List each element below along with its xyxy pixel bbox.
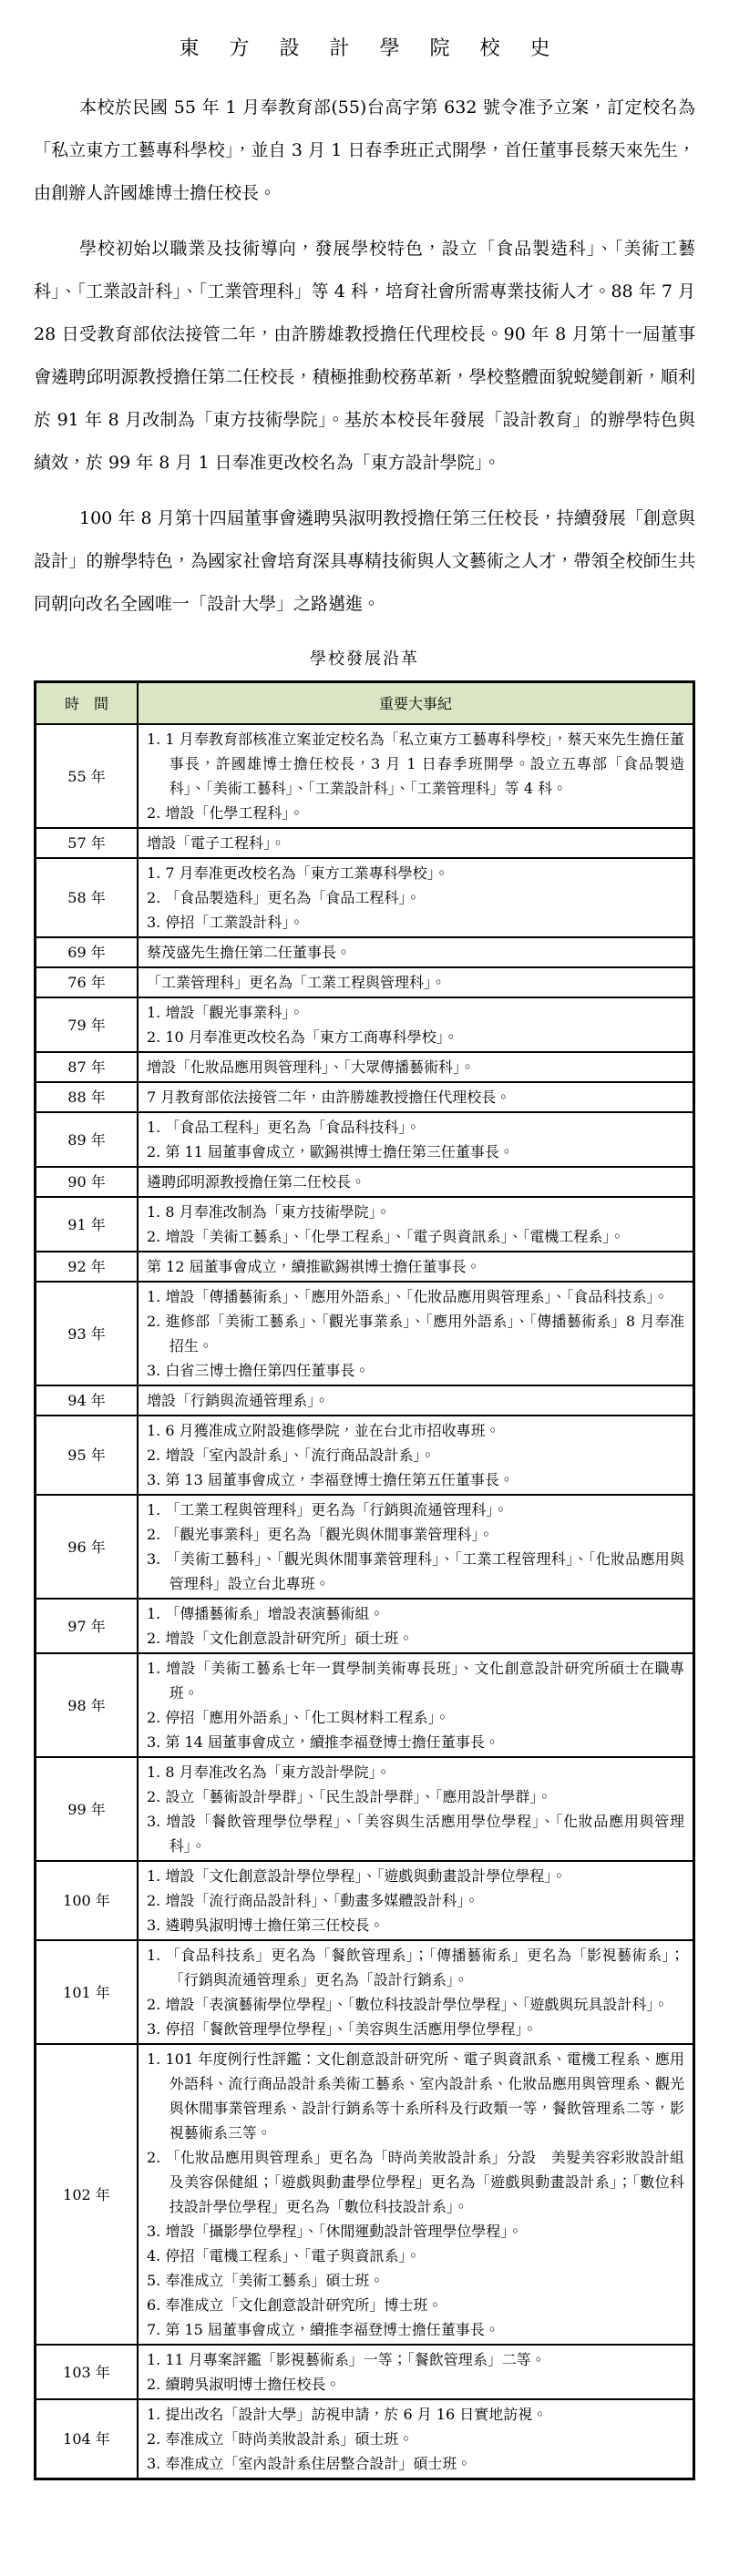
year-cell: 103 年: [36, 2345, 139, 2399]
history-table: 時 間 重要大事紀 55 年1. 1 月奉教育部核准立案並定校名為「私立東方工藝…: [34, 680, 695, 2480]
event-item: 1. 「傳播藝術系」增設表演藝術組。: [147, 1601, 684, 1626]
event-item: 1. 增設「傳播藝術系」、「應用外語系」、「化妝品應用與管理系」、「食品科技系」…: [147, 1284, 684, 1309]
table-row: 55 年1. 1 月奉教育部核准立案並定校名為「私立東方工藝專科學校」，蔡天來先…: [36, 724, 694, 828]
events-cell: 增設「行銷與流通管理系」。: [138, 1385, 694, 1416]
year-cell: 96 年: [36, 1495, 139, 1599]
event-item: 2. 續聘吳淑明博士擔任校長。: [147, 2372, 684, 2397]
event-item: 3. 停招「餐飲管理學位學程」、「美容與生活應用學位學程」。: [147, 2017, 684, 2041]
year-cell: 102 年: [36, 2044, 139, 2345]
event-item: 3. 白省三博士擔任第四任董事長。: [147, 1358, 684, 1383]
events-cell: 1. 提出改名「設計大學」訪視申請，於 6 月 16 日實地訪視。2. 奉准成立…: [138, 2399, 694, 2479]
event-item: 1. 7 月奉准更改校名為「東方工業專科學校」。: [147, 861, 684, 885]
page-title: 東 方 設 計 學 院 校 史: [34, 33, 695, 61]
table-row: 91 年1. 8 月奉准改制為「東方技術學院」。2. 增設「美術工藝系」、「化學…: [36, 1197, 694, 1252]
events-cell: 1. 11 月專案評鑑「影視藝術系」一等；「餐飲管理系」二等。2. 續聘吳淑明博…: [138, 2345, 694, 2399]
event-item: 1. 1 月奉教育部核准立案並定校名為「私立東方工藝專科學校」，蔡天來先生擔任董…: [147, 727, 684, 801]
events-cell: 1. 7 月奉准更改校名為「東方工業專科學校」。2. 「食品製造科」更名為「食品…: [138, 858, 694, 937]
events-cell: 1. 「工業工程與管理科」更名為「行銷與流通管理科」。2. 「觀光事業科」更名為…: [138, 1495, 694, 1599]
events-cell: 1. 「食品工程科」更名為「食品科技科」。2. 第 11 屆董事會成立，歐錫祺博…: [138, 1112, 694, 1167]
events-cell: 1. 8 月奉准改名為「東方設計學院」。2. 設立「藝術設計學群」、「民生設計學…: [138, 1757, 694, 1861]
event-item: 3. 增設「攝影學位學程」、「休閒運動設計管理學位學程」。: [147, 2219, 684, 2244]
events-cell: 1. 8 月奉准改制為「東方技術學院」。2. 增設「美術工藝系」、「化學工程系」…: [138, 1197, 694, 1252]
event-item: 增設「電子工程科」。: [147, 831, 684, 855]
event-item: 蔡茂盛先生擔任第二任董事長。: [147, 940, 684, 965]
table-row: 96 年1. 「工業工程與管理科」更名為「行銷與流通管理科」。2. 「觀光事業科…: [36, 1495, 694, 1599]
table-row: 87 年增設「化妝品應用與管理科」、「大眾傳播藝術科」。: [36, 1052, 694, 1082]
event-item: 第 12 屆董事會成立，續推歐錫祺博士擔任董事長。: [147, 1254, 684, 1279]
table-row: 98 年1. 增設「美術工藝系七年一貫學制美術專長班」、文化創意設計研究所碩士在…: [36, 1653, 694, 1757]
year-cell: 57 年: [36, 828, 139, 858]
intro-paragraph-1: 本校於民國 55 年 1 月奉教育部(55)台高字第 632 號令准予立案，訂定…: [34, 87, 695, 215]
event-item: 2. 進修部「美術工藝系」、「觀光事業系」、「應用外語系」、「傳播藝術系」8 月…: [147, 1309, 684, 1358]
year-cell: 100 年: [36, 1861, 139, 1940]
table-row: 93 年1. 增設「傳播藝術系」、「應用外語系」、「化妝品應用與管理系」、「食品…: [36, 1282, 694, 1385]
events-cell: 第 12 屆董事會成立，續推歐錫祺博士擔任董事長。: [138, 1252, 694, 1282]
event-item: 3. 奉准成立「室內設計系住居整合設計」碩士班。: [147, 2451, 684, 2476]
year-cell: 91 年: [36, 1197, 139, 1252]
table-row: 104 年1. 提出改名「設計大學」訪視申請，於 6 月 16 日實地訪視。2.…: [36, 2399, 694, 2479]
year-cell: 69 年: [36, 937, 139, 967]
event-item: 2. 10 月奉准更改校名為「東方工商專科學校」。: [147, 1025, 684, 1049]
event-item: 2. 奉准成立「時尚美妝設計系」碩士班。: [147, 2427, 684, 2451]
events-cell: 1. 增設「觀光事業科」。2. 10 月奉准更改校名為「東方工商專科學校」。: [138, 997, 694, 1052]
year-cell: 98 年: [36, 1653, 139, 1757]
event-item: 3. 「美術工藝科」、「觀光與休閒事業管理科」、「工業工程管理科」、「化妝品應用…: [147, 1547, 684, 1596]
table-header-events: 重要大事紀: [138, 682, 694, 725]
year-cell: 90 年: [36, 1167, 139, 1197]
table-row: 101 年1. 「食品科技系」更名為「餐飲管理系」；「傳播藝術系」更名為「影視藝…: [36, 1940, 694, 2044]
event-item: 2. 增設「室內設計系」、「流行商品設計系」。: [147, 1443, 684, 1467]
event-item: 7. 第 15 屆董事會成立，續推李福登博士擔任董事長。: [147, 2317, 684, 2342]
table-row: 90 年遴聘邱明源教授擔任第二任校長。: [36, 1167, 694, 1197]
year-cell: 95 年: [36, 1416, 139, 1495]
year-cell: 101 年: [36, 1940, 139, 2044]
event-item: 1. 增設「美術工藝系七年一貫學制美術專長班」、文化創意設計研究所碩士在職專班。: [147, 1656, 684, 1705]
events-cell: 1. 增設「文化創意設計學位學程」、「遊戲與動畫設計學位學程」。2. 增設「流行…: [138, 1861, 694, 1940]
year-cell: 94 年: [36, 1385, 139, 1416]
table-row: 103 年1. 11 月專案評鑑「影視藝術系」一等；「餐飲管理系」二等。2. 續…: [36, 2345, 694, 2399]
table-header-time: 時 間: [36, 682, 139, 725]
events-cell: 遴聘邱明源教授擔任第二任校長。: [138, 1167, 694, 1197]
event-item: 增設「行銷與流通管理系」。: [147, 1388, 684, 1413]
event-item: 2. 「觀光事業科」更名為「觀光與休閒事業管理科」。: [147, 1522, 684, 1547]
events-cell: 「工業管理科」更名為「工業工程與管理科」。: [138, 967, 694, 997]
event-item: 3. 停招「工業設計科」。: [147, 910, 684, 935]
event-item: 1. 11 月專案評鑑「影視藝術系」一等；「餐飲管理系」二等。: [147, 2347, 684, 2372]
table-row: 79 年1. 增設「觀光事業科」。2. 10 月奉准更改校名為「東方工商專科學校…: [36, 997, 694, 1052]
event-item: 3. 第 13 屆董事會成立，李福登博士擔任第五任董事長。: [147, 1467, 684, 1492]
year-cell: 76 年: [36, 967, 139, 997]
year-cell: 79 年: [36, 997, 139, 1052]
table-row: 97 年1. 「傳播藝術系」增設表演藝術組。2. 增設「文化創意設計研究所」碩士…: [36, 1599, 694, 1653]
table-row: 57 年增設「電子工程科」。: [36, 828, 694, 858]
event-item: 「工業管理科」更名為「工業工程與管理科」。: [147, 970, 684, 995]
year-cell: 97 年: [36, 1599, 139, 1653]
events-cell: 1. 「食品科技系」更名為「餐飲管理系」；「傳播藝術系」更名為「影視藝術系」；「…: [138, 1940, 694, 2044]
year-cell: 58 年: [36, 858, 139, 937]
event-item: 2. 「化妝品應用與管理系」更名為「時尚美妝設計系」分設 美髮美容彩妝設計組及美…: [147, 2145, 684, 2219]
table-title: 學校發展沿革: [34, 646, 695, 670]
events-cell: 蔡茂盛先生擔任第二任董事長。: [138, 937, 694, 967]
event-item: 增設「化妝品應用與管理科」、「大眾傳播藝術科」。: [147, 1055, 684, 1079]
year-cell: 89 年: [36, 1112, 139, 1167]
event-item: 6. 奉准成立「文化創意設計研究所」博士班。: [147, 2293, 684, 2317]
events-cell: 增設「電子工程科」。: [138, 828, 694, 858]
event-item: 1. 增設「觀光事業科」。: [147, 1000, 684, 1025]
event-item: 1. 8 月奉准改名為「東方設計學院」。: [147, 1760, 684, 1784]
year-cell: 55 年: [36, 724, 139, 828]
event-item: 4. 停招「電機工程系」、「電子與資訊系」。: [147, 2244, 684, 2268]
event-item: 1. 8 月奉准改制為「東方技術學院」。: [147, 1200, 684, 1224]
event-item: 1. 增設「文化創意設計學位學程」、「遊戲與動畫設計學位學程」。: [147, 1864, 684, 1888]
table-row: 99 年1. 8 月奉准改名為「東方設計學院」。2. 設立「藝術設計學群」、「民…: [36, 1757, 694, 1861]
event-item: 1. 「食品科技系」更名為「餐飲管理系」；「傳播藝術系」更名為「影視藝術系」；「…: [147, 1943, 684, 1992]
event-item: 3. 增設「餐飲管理學位學程」、「美容與生活應用學位學程」、「化妝品應用與管理科…: [147, 1809, 684, 1858]
events-cell: 1. 「傳播藝術系」增設表演藝術組。2. 增設「文化創意設計研究所」碩士班。: [138, 1599, 694, 1653]
event-item: 1. 提出改名「設計大學」訪視申請，於 6 月 16 日實地訪視。: [147, 2402, 684, 2427]
event-item: 7 月教育部依法接管二年，由許勝雄教授擔任代理校長。: [147, 1085, 684, 1109]
events-cell: 1. 6 月獲准成立附設進修學院，並在台北市招收專班。2. 增設「室內設計系」、…: [138, 1416, 694, 1495]
year-cell: 88 年: [36, 1082, 139, 1112]
table-row: 88 年7 月教育部依法接管二年，由許勝雄教授擔任代理校長。: [36, 1082, 694, 1112]
event-item: 1. 6 月獲准成立附設進修學院，並在台北市招收專班。: [147, 1418, 684, 1443]
intro-paragraph-3: 100 年 8 月第十四屆董事會遴聘吳淑明教授擔任第三任校長，持續發展「創意與設…: [34, 497, 695, 626]
table-row: 92 年第 12 屆董事會成立，續推歐錫祺博士擔任董事長。: [36, 1252, 694, 1282]
event-item: 2. 第 11 屆董事會成立，歐錫祺博士擔任第三任董事長。: [147, 1140, 684, 1164]
events-cell: 7 月教育部依法接管二年，由許勝雄教授擔任代理校長。: [138, 1082, 694, 1112]
year-cell: 104 年: [36, 2399, 139, 2479]
event-item: 2. 「食品製造科」更名為「食品工程科」。: [147, 885, 684, 910]
event-item: 1. 101 年度例行性評鑑：文化創意設計研究所、電子與資訊系、電機工程系、應用…: [147, 2047, 684, 2145]
event-item: 2. 增設「化學工程科」。: [147, 801, 684, 825]
year-cell: 92 年: [36, 1252, 139, 1282]
year-cell: 93 年: [36, 1282, 139, 1385]
event-item: 2. 增設「美術工藝系」、「化學工程系」、「電子與資訊系」、「電機工程系」。: [147, 1224, 684, 1249]
table-row: 89 年1. 「食品工程科」更名為「食品科技科」。2. 第 11 屆董事會成立，…: [36, 1112, 694, 1167]
table-row: 102 年1. 101 年度例行性評鑑：文化創意設計研究所、電子與資訊系、電機工…: [36, 2044, 694, 2345]
event-item: 2. 設立「藝術設計學群」、「民生設計學群」、「應用設計學群」。: [147, 1784, 684, 1809]
events-cell: 增設「化妝品應用與管理科」、「大眾傳播藝術科」。: [138, 1052, 694, 1082]
intro-paragraph-2: 學校初始以職業及技術導向，發展學校特色，設立「食品製造科」、「美術工藝科」、「工…: [34, 228, 695, 485]
table-row: 95 年1. 6 月獲准成立附設進修學院，並在台北市招收專班。2. 增設「室內設…: [36, 1416, 694, 1495]
event-item: 2. 增設「表演藝術學位學程」、「數位科技設計學位學程」、「遊戲與玩具設計科」。: [147, 1992, 684, 2017]
event-item: 2. 增設「流行商品設計科」、「動畫多媒體設計科」。: [147, 1888, 684, 1913]
table-row: 58 年1. 7 月奉准更改校名為「東方工業專科學校」。2. 「食品製造科」更名…: [36, 858, 694, 937]
event-item: 遴聘邱明源教授擔任第二任校長。: [147, 1170, 684, 1194]
event-item: 3. 第 14 屆董事會成立，續推李福登博士擔任董事長。: [147, 1730, 684, 1754]
event-item: 2. 增設「文化創意設計研究所」碩士班。: [147, 1626, 684, 1651]
table-row: 94 年增設「行銷與流通管理系」。: [36, 1385, 694, 1416]
year-cell: 87 年: [36, 1052, 139, 1082]
events-cell: 1. 101 年度例行性評鑑：文化創意設計研究所、電子與資訊系、電機工程系、應用…: [138, 2044, 694, 2345]
year-cell: 99 年: [36, 1757, 139, 1861]
document-page: 東 方 設 計 學 院 校 史 本校於民國 55 年 1 月奉教育部(55)台高…: [0, 0, 729, 2499]
events-cell: 1. 1 月奉教育部核准立案並定校名為「私立東方工藝專科學校」，蔡天來先生擔任董…: [138, 724, 694, 828]
event-item: 3. 遴聘吳淑明博士擔任第三任校長。: [147, 1913, 684, 1937]
table-header-row: 時 間 重要大事紀: [36, 682, 694, 725]
event-item: 2. 停招「應用外語系」、「化工與材料工程系」。: [147, 1705, 684, 1730]
events-cell: 1. 增設「傳播藝術系」、「應用外語系」、「化妝品應用與管理系」、「食品科技系」…: [138, 1282, 694, 1385]
event-item: 5. 奉准成立「美術工藝系」碩士班。: [147, 2268, 684, 2293]
event-item: 1. 「食品工程科」更名為「食品科技科」。: [147, 1115, 684, 1140]
table-row: 76 年「工業管理科」更名為「工業工程與管理科」。: [36, 967, 694, 997]
table-row: 100 年1. 增設「文化創意設計學位學程」、「遊戲與動畫設計學位學程」。2. …: [36, 1861, 694, 1940]
event-item: 1. 「工業工程與管理科」更名為「行銷與流通管理科」。: [147, 1498, 684, 1522]
table-row: 69 年蔡茂盛先生擔任第二任董事長。: [36, 937, 694, 967]
events-cell: 1. 增設「美術工藝系七年一貫學制美術專長班」、文化創意設計研究所碩士在職專班。…: [138, 1653, 694, 1757]
